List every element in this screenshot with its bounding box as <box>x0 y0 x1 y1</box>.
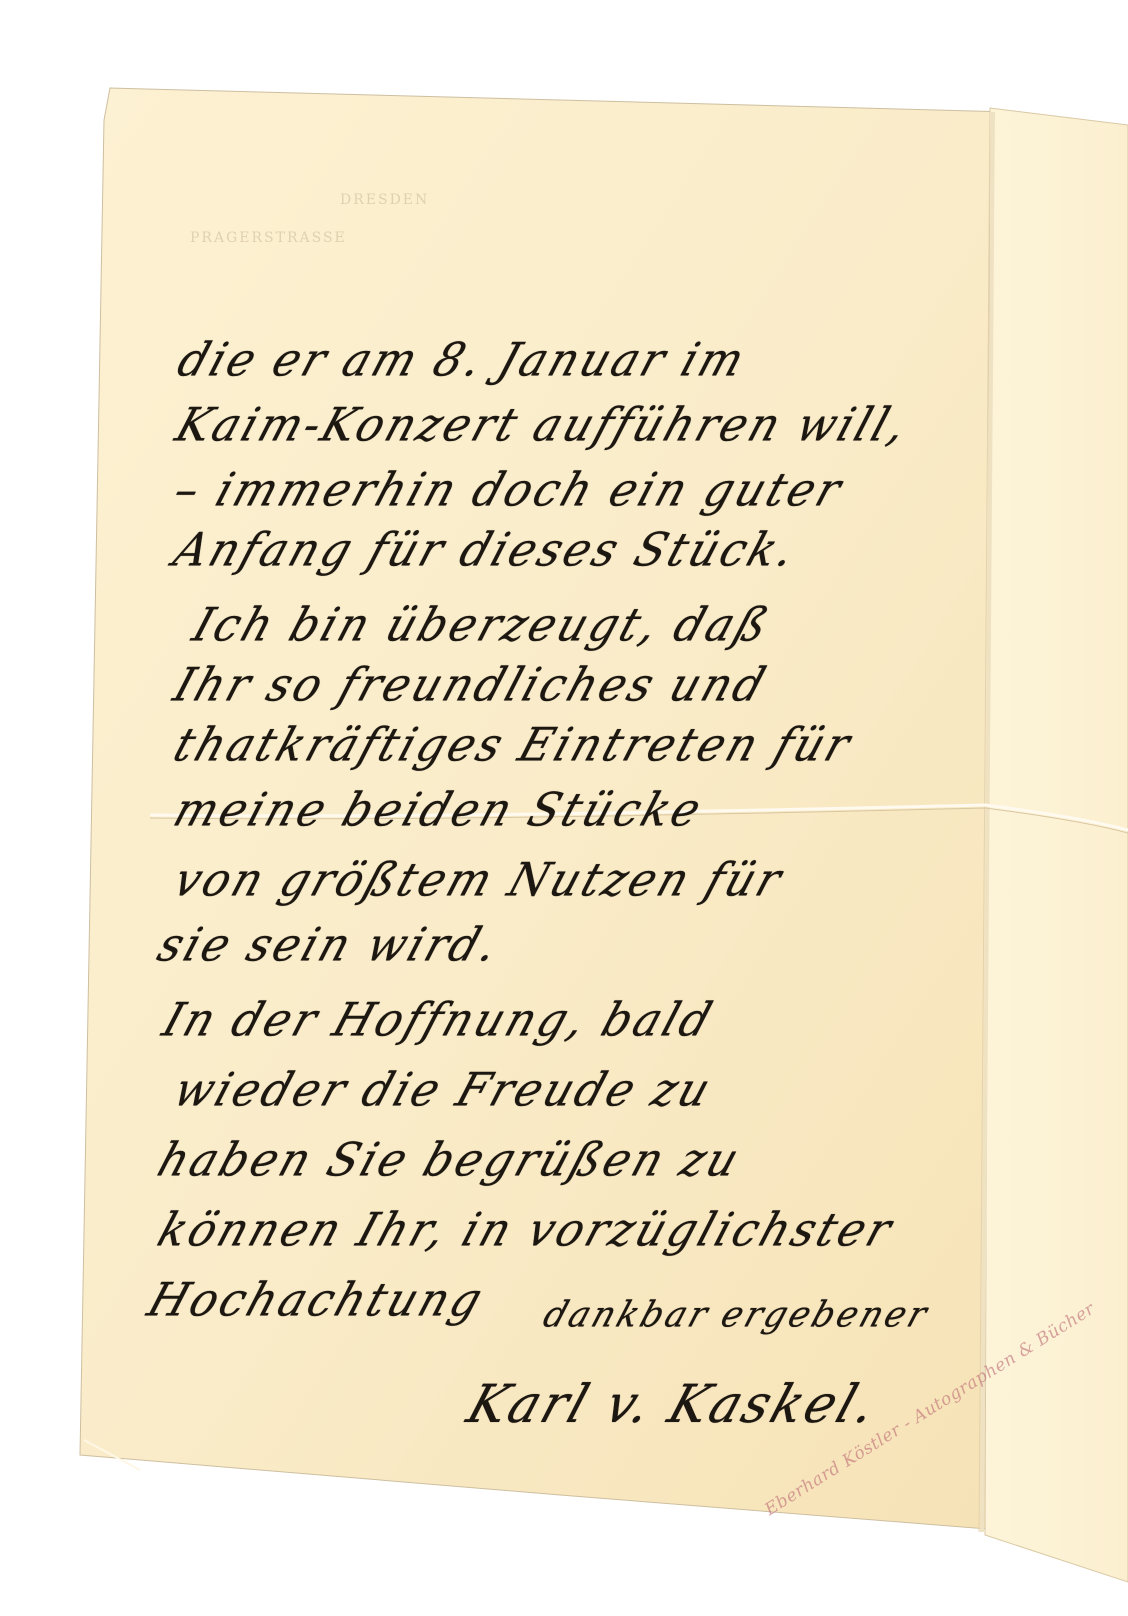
letter-line-4: Anfang für dieses Stück. <box>167 524 804 578</box>
letter-line-11: In der Hoffnung, bald <box>156 994 721 1048</box>
letter-line-6: Ihr so freundliches und <box>167 659 774 713</box>
letterhead-street: PRAGERSTRASSE <box>190 230 347 246</box>
letter-line-10: sie sein wird. <box>151 919 507 973</box>
letter-line-13: haben Sie begrüßen zu <box>151 1134 748 1188</box>
letterhead-city: DRESDEN <box>340 192 429 208</box>
letter-line-1: die er am 8. Januar im <box>171 334 753 388</box>
letter-signature: Karl v. Kaskel. <box>460 1374 886 1435</box>
letter-scan: DRESDEN PRAGERSTRASSE die er am 8. Janua… <box>0 0 1128 1616</box>
letter-line-3: – immerhin doch ein guter <box>167 464 850 518</box>
letter-line-14: können Ihr, in vorzüglichster <box>151 1204 900 1258</box>
letter-line-9: von größtem Nutzen für <box>167 854 790 908</box>
letter-line-8: meine beiden Stücke <box>167 784 710 838</box>
letter-line-2: Kaim-Konzert aufführen will, <box>169 399 916 453</box>
letter-line-7: thatkräftiges Eintreten für <box>167 719 859 773</box>
letter-line-15: Hochachtung <box>141 1274 491 1328</box>
letter-line-5: Ich bin überzeugt, daß <box>186 599 777 653</box>
letter-closing: dankbar ergebener <box>538 1294 935 1336</box>
letter-line-12: wieder die Freude zu <box>167 1064 719 1118</box>
